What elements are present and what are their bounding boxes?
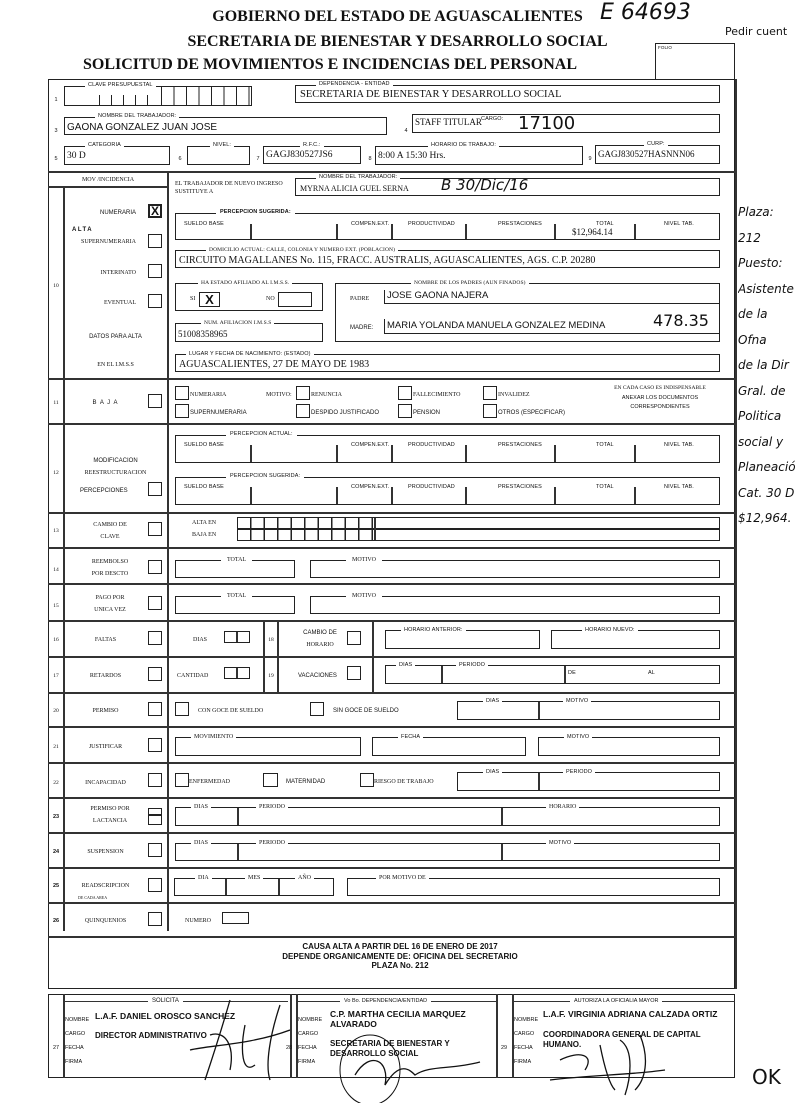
handwritten-note: Pedir cuent	[725, 25, 787, 38]
folio-box[interactable]: FOLIO	[655, 43, 735, 80]
row-number: 20	[50, 708, 62, 714]
nombre-trabajador-label: NOMBRE DEL TRABAJADOR:	[95, 113, 179, 119]
col-label: SUELDO BASE	[184, 442, 224, 448]
si-checkbox[interactable]: X	[199, 292, 220, 307]
cambio-clave-checkbox[interactable]	[148, 522, 162, 536]
sig-labels: NOMBRECARGOFECHAFIRMA	[298, 1013, 322, 1069]
justificar-motivo-field[interactable]: MOTIVO	[538, 737, 720, 756]
baja-option-label: RENUNCIA	[311, 392, 342, 398]
col-label: PRODUCTIVIDAD	[408, 221, 455, 227]
baja-option-label: DESPIDO JUSTIFICADO	[311, 410, 379, 416]
nacimiento-value: AGUASCALIENTES, 27 DE MAYO DE 1983	[179, 359, 369, 370]
madre-input[interactable]: MARIA YOLANDA MANUELA GONZALEZ MEDINA 47…	[384, 319, 720, 334]
justificar-checkbox[interactable]	[148, 738, 162, 752]
field-number: 3	[50, 128, 62, 134]
afiliado-label: HA ESTADO AFILIADO AL I.M.S.S.	[198, 280, 292, 286]
sig-labels: NOMBRECARGOFECHAFIRMA	[514, 1013, 538, 1069]
percepcion-actual[interactable]: PERCEPCION ACTUAL: SUELDO BASE COMPEN.EX…	[175, 435, 720, 463]
clave-presupuestal-field[interactable]: CLAVE PRESUPUESTAL	[64, 86, 252, 106]
horario-field[interactable]: HORARIO DE TRABAJO: 8:00 A 15:30 Hrs.	[375, 146, 583, 165]
nacimiento-field[interactable]: LUGAR Y FECHA DE NACIMIENTO: (ESTADO) AG…	[175, 354, 720, 372]
readscripcion-motivo[interactable]: POR MOTIVO DE	[347, 878, 720, 896]
observaciones: CAUSA ALTA A PARTIR DEL 16 DE ENERO DE 2…	[150, 942, 650, 971]
sin-goce-checkbox[interactable]	[310, 702, 324, 716]
row-number: 18	[265, 637, 277, 643]
signature-drawing	[330, 1030, 510, 1103]
categoria-value: 30 D	[67, 151, 86, 161]
margin-notes: Plaza: 212Puesto:Asistentede la Ofnade l…	[738, 200, 795, 532]
domicilio-value: CIRCUITO MAGALLANES No. 115, FRACC. AUST…	[179, 255, 595, 266]
renuncia-checkbox[interactable]	[296, 386, 310, 400]
sig-labels: NOMBRECARGOFECHAFIRMA	[65, 1013, 89, 1069]
pension-checkbox[interactable]	[398, 404, 412, 418]
header-line-3: SOLICITUD DE MOVIMIENTOS E INCIDENCIAS D…	[0, 56, 660, 74]
no-checkbox[interactable]	[278, 292, 312, 307]
cargo-label: CARGO:	[481, 116, 503, 122]
riesgo-label: RIESGO DE TRABAJO	[374, 779, 434, 785]
baja-option-label: PENSION	[413, 410, 440, 416]
col-label: NIVEL TAB.	[664, 221, 694, 227]
incapacidad-checkbox[interactable]	[148, 773, 162, 787]
field-number: 4	[400, 128, 412, 134]
dependencia-field[interactable]: DEPENDENCIA - ENTIDAD SECRETARIA DE BIEN…	[295, 85, 720, 103]
baja-note: EN CADA CASO ES INDISPENSABLE ANEXAR LOS…	[600, 384, 720, 413]
col-label: NIVEL TAB.	[664, 484, 694, 490]
baja-en-label: BAJA EN	[192, 532, 216, 538]
sustituye-name-value: MYRNA ALICIA GUEL SERNA	[300, 184, 409, 193]
pago-motivo-field[interactable]: MOTIVO	[310, 596, 720, 614]
afiliado-imss-field: HA ESTADO AFILIADO AL I.M.S.S. SI X NO	[175, 283, 323, 311]
cambio-horario-checkbox[interactable]	[347, 631, 361, 645]
domicilio-field[interactable]: DOMICILIO ACTUAL: CALLE, COLONIA Y NUMER…	[175, 250, 720, 268]
row-number: 28	[283, 1045, 295, 1051]
field-number: 1	[50, 97, 62, 103]
lactancia-checkbox[interactable]	[148, 808, 162, 825]
no-label: NO	[266, 296, 275, 302]
quinquenios-checkbox[interactable]	[148, 912, 162, 926]
enfermedad-checkbox[interactable]	[175, 773, 189, 787]
fecha-field[interactable]: FECHA	[372, 737, 526, 756]
col-label: PRESTACIONES	[498, 221, 542, 227]
otros-checkbox[interactable]	[483, 404, 497, 418]
bottom-ok-note: OK	[752, 1065, 781, 1089]
movimiento-field[interactable]: MOVIMIENTO	[175, 737, 361, 756]
signature-drawing	[540, 1030, 670, 1103]
row-number: 25	[50, 883, 62, 889]
percepcion-sugerida-mod[interactable]: PERCEPCION SUGERIDA: SUELDO BASE COMPEN.…	[175, 477, 720, 505]
cantidad-label: CANTIDAD	[177, 673, 208, 679]
reembolso-checkbox[interactable]	[148, 560, 162, 574]
mov-incidencia-header: MOV /INCIDENCIA	[48, 177, 168, 183]
madre-label: MADRE:	[350, 325, 373, 331]
percepcion-sugerida-alta[interactable]: PERCEPCION SUGERIDA: SUELDO BASE COMPEN.…	[175, 213, 720, 240]
sig-title: Vo Bo. DEPENDENCIA/ENTIDAD	[340, 998, 431, 1004]
vacaciones-label: VACACIONES	[298, 673, 337, 679]
alta-option-label: NUMERARIA	[70, 210, 136, 216]
nivel-label: NIVEL:	[210, 142, 234, 148]
incapacidad-dias-periodo[interactable]: DIAS PERIODO	[457, 772, 720, 791]
field-number: 6	[174, 156, 186, 162]
nombre-trabajador-field[interactable]: NOMBRE DEL TRABAJADOR: GAONA GONZALEZ JU…	[64, 117, 387, 135]
justificar-label: JUSTIFICAR	[63, 744, 148, 750]
baja-option-label: FALLECIMIENTO	[413, 392, 460, 398]
total-value: $12,964.14	[572, 227, 613, 237]
baja-label: B A J A	[63, 400, 148, 406]
readscripcion-label: READSCRIPCION	[63, 883, 148, 889]
sustituye-field[interactable]: NOMBRE DEL TRABAJADOR: MYRNA ALICIA GUEL…	[295, 178, 720, 196]
enfermedad-label: ENFERMEDAD	[189, 779, 230, 785]
col-label: SUELDO BASE	[184, 221, 224, 227]
rfc-label: R.F.C.:	[300, 142, 324, 148]
pago-total-field[interactable]: TOTAL	[175, 596, 295, 614]
alta-interinato-checkbox[interactable]	[148, 264, 162, 278]
imss-label: EN EL I.M.S.S	[63, 362, 168, 368]
sustituye-handwritten: B 30/Dic/16	[441, 176, 528, 194]
cargo-handwritten: 17100	[518, 113, 575, 134]
sig-nombre: C.P. MARTHA CECILIA MARQUEZ ALVARADO	[330, 1009, 475, 1029]
readscripcion-checkbox[interactable]	[148, 878, 162, 892]
readscripcion-sublabel: DE CADA AREA	[78, 895, 107, 900]
afiliacion-label: NUM. AFILIACION I.M.S.S	[201, 320, 274, 326]
con-goce-checkbox[interactable]	[175, 702, 189, 716]
retardos-checkbox[interactable]	[148, 667, 162, 681]
maternidad-label: MATERNIDAD	[286, 779, 325, 785]
retardos-cantidad-input[interactable]	[224, 667, 250, 679]
baja-checkbox[interactable]	[148, 394, 162, 408]
domicilio-label: DOMICILIO ACTUAL: CALLE, COLONIA Y NUMER…	[206, 247, 398, 253]
retardos-label: RETARDOS	[63, 673, 148, 679]
madre-handwritten: 478.35	[653, 311, 709, 330]
dependencia-label: DEPENDENCIA - ENTIDAD	[316, 81, 393, 87]
cargo-field[interactable]: STAFF TITULAR CARGO: 17100	[412, 114, 720, 133]
row-number: 27	[50, 1045, 62, 1051]
baja-supernumeraria-checkbox[interactable]	[175, 404, 189, 418]
percepcion-actual-label: PERCEPCION ACTUAL:	[226, 431, 297, 437]
fallecimiento-checkbox[interactable]	[398, 386, 412, 400]
alta-option-label: SUPERNUMERARIA	[70, 239, 136, 245]
alta-option-label: EVENTUAL	[70, 300, 136, 306]
row-number: 12	[50, 470, 62, 476]
quinquenios-numero-input[interactable]	[222, 912, 249, 924]
vacaciones-periodo-field[interactable]: DIAS PERIODO DE AL	[385, 665, 720, 684]
rfc-value: GAGJ830527JS6	[266, 150, 333, 160]
curp-label: CURP:	[644, 141, 668, 147]
rfc-field[interactable]: R.F.C.: GAGJ830527JS6	[263, 146, 361, 164]
dias-label: DIAS	[193, 637, 207, 643]
curp-value: GAGJ830527HASNNN06	[598, 149, 695, 159]
categoria-field[interactable]: CATEGORIA 30 D	[64, 146, 170, 165]
padres-label: NOMBRE DE LOS PADRES (AUN FINADOS)	[411, 280, 529, 286]
suspension-label: SUSPENSION	[63, 849, 148, 855]
col-label: PRESTACIONES	[498, 442, 542, 448]
modificacion-checkbox[interactable]	[148, 482, 162, 496]
con-goce-label: CON GOCE DE SUELDO	[198, 708, 263, 714]
sig-nombre: L.A.F. VIRGINIA ADRIANA CALZADA ORTIZ	[543, 1009, 718, 1019]
nivel-field[interactable]: NIVEL:	[187, 146, 250, 165]
lactancia-fields[interactable]: DIAS PERIODO HORARIO	[175, 807, 720, 826]
numero-label: NUMERO	[185, 918, 211, 924]
row-number: 26	[50, 918, 62, 924]
vacaciones-checkbox[interactable]	[347, 666, 361, 680]
alta-supernumeraria-checkbox[interactable]	[148, 234, 162, 248]
curp-field[interactable]: CURP: GAGJ830527HASNNN06	[595, 145, 720, 164]
alta-en-label: ALTA EN	[192, 520, 216, 526]
suspension-fields[interactable]: DIAS PERIODO MOTIVO	[175, 843, 720, 861]
permiso-label: PERMISO	[63, 708, 148, 714]
baja-numeraria-checkbox[interactable]	[175, 386, 189, 400]
sin-goce-label: SIN GOCE DE SUELDO	[333, 708, 399, 714]
alta-eventual-checkbox[interactable]	[148, 294, 162, 308]
permiso-checkbox[interactable]	[148, 702, 162, 716]
alta-numeraria-checkbox[interactable]: X	[148, 204, 162, 218]
afiliacion-value: 51008358965	[178, 329, 228, 339]
alta-label: ALTA	[72, 227, 93, 233]
handwritten-folio: E 64693	[600, 0, 691, 25]
modificacion-label: MODIFICACION	[63, 458, 168, 464]
padre-input[interactable]: JOSE GAONA NAJERA	[384, 290, 720, 304]
sig-title: AUTORIZA LA OFICIALIA MAYOR	[570, 998, 662, 1004]
pago-unico-checkbox[interactable]	[148, 596, 162, 610]
madre-value: MARIA YOLANDA MANUELA GONZALEZ MEDINA	[387, 320, 605, 331]
col-label: PRESTACIONES	[498, 484, 542, 490]
row-number: 19	[265, 673, 277, 679]
padre-value: JOSE GAONA NAJERA	[387, 290, 488, 301]
reestructuracion-label: REESTRUCTURACION	[63, 470, 168, 476]
percepciones-label: PERCEPCIONES	[80, 488, 128, 494]
motivo-label: MOTIVO:	[266, 392, 292, 398]
sustituye-label: EL TRABAJADOR DE NUEVO INGRESO SUSTITUYE…	[175, 180, 295, 196]
quinquenios-label: QUINQUENIOS	[63, 918, 148, 924]
horario-value: 8:00 A 15:30 Hrs.	[378, 151, 446, 161]
row-number: 22	[50, 780, 62, 786]
dependencia-value: SECRETARIA DE BIENESTAR Y DESARROLLO SOC…	[300, 89, 562, 100]
col-label: COMPEN.EXT.	[351, 484, 389, 490]
cargo-value: STAFF TITULAR	[415, 117, 482, 127]
incapacidad-label: INCAPACIDAD	[63, 780, 148, 786]
baja-option-label: INVALIDEZ	[498, 392, 530, 398]
padre-label: PADRE	[350, 296, 369, 302]
nacimiento-label: LUGAR Y FECHA DE NACIMIENTO: (ESTADO)	[186, 351, 314, 357]
col-label: NIVEL TAB.	[664, 442, 694, 448]
clave-presupuestal-label: CLAVE PRESUPUESTAL	[85, 82, 156, 88]
alta-option-label: INTERINATO	[70, 270, 136, 276]
percepcion-sugerida-label: PERCEPCION SUGERIDA:	[226, 473, 304, 479]
horario-nuevo-field[interactable]: HORARIO NUEVO:	[551, 630, 720, 649]
readscripcion-fecha[interactable]: DIA MES AÑO	[174, 878, 334, 896]
col-label: PRODUCTIVIDAD	[408, 484, 455, 490]
baja-option-label: NUMERARIA	[190, 392, 226, 398]
signature-drawing	[170, 995, 290, 1090]
col-label: PRODUCTIVIDAD	[408, 442, 455, 448]
col-label: COMPEN.EXT.	[351, 442, 389, 448]
row-number: 10	[50, 283, 62, 289]
cambio-horario-label: CAMBIO DEHORARIO	[285, 627, 355, 651]
riesgo-checkbox[interactable]	[360, 773, 374, 787]
invalidez-checkbox[interactable]	[483, 386, 497, 400]
datos-para-alta-label: DATOS PARA ALTA	[63, 334, 168, 340]
despido-checkbox[interactable]	[296, 404, 310, 418]
afiliacion-field[interactable]: NUM. AFILIACION I.M.S.S 51008358965	[175, 323, 323, 342]
nombre-trabajador-value: GAONA GONZALEZ JUAN JOSE	[67, 122, 217, 133]
faltas-label: FALTAS	[63, 637, 148, 643]
folio-label: FOLIO	[658, 45, 672, 50]
field-number: 5	[50, 156, 62, 162]
row-number: 16	[50, 637, 62, 643]
padres-field: NOMBRE DE LOS PADRES (AUN FINADOS) PADRE…	[335, 283, 720, 342]
col-label: SUELDO BASE	[184, 484, 224, 490]
col-label: TOTAL	[596, 442, 614, 448]
suspension-checkbox[interactable]	[148, 843, 162, 857]
cambio-clave-grid[interactable]	[237, 517, 720, 541]
horario-label: HORARIO DE TRABAJO:	[428, 142, 499, 148]
row-number: 24	[50, 849, 62, 855]
baja-option-label: SUPERNUMERARIA	[190, 410, 247, 416]
percepcion-sugerida-label: PERCEPCION SUGERIDA:	[216, 209, 295, 215]
col-label: COMPEN.EXT.	[351, 221, 389, 227]
row-number: 17	[50, 673, 62, 679]
permiso-dias-motivo[interactable]: DIAS MOTIVO	[457, 701, 720, 720]
row-number: 21	[50, 744, 62, 750]
baja-option-label: OTROS (ESPECIFICAR)	[498, 410, 565, 416]
row-number: 11	[50, 400, 62, 406]
maternidad-checkbox[interactable]	[263, 773, 278, 787]
horario-anterior-field[interactable]: HORARIO ANTERIOR:	[385, 630, 540, 649]
col-label: TOTAL	[596, 484, 614, 490]
reembolso-motivo-field[interactable]: MOTIVO	[310, 560, 720, 578]
reembolso-total-field[interactable]: TOTAL	[175, 560, 295, 578]
row-number: 29	[498, 1045, 510, 1051]
faltas-checkbox[interactable]	[148, 631, 162, 645]
sustituye-name-label: NOMBRE DEL TRABAJADOR:	[316, 174, 400, 180]
categoria-label: CATEGORIA	[85, 142, 124, 148]
faltas-dias-input[interactable]	[224, 631, 250, 643]
si-label: SI	[190, 296, 195, 302]
